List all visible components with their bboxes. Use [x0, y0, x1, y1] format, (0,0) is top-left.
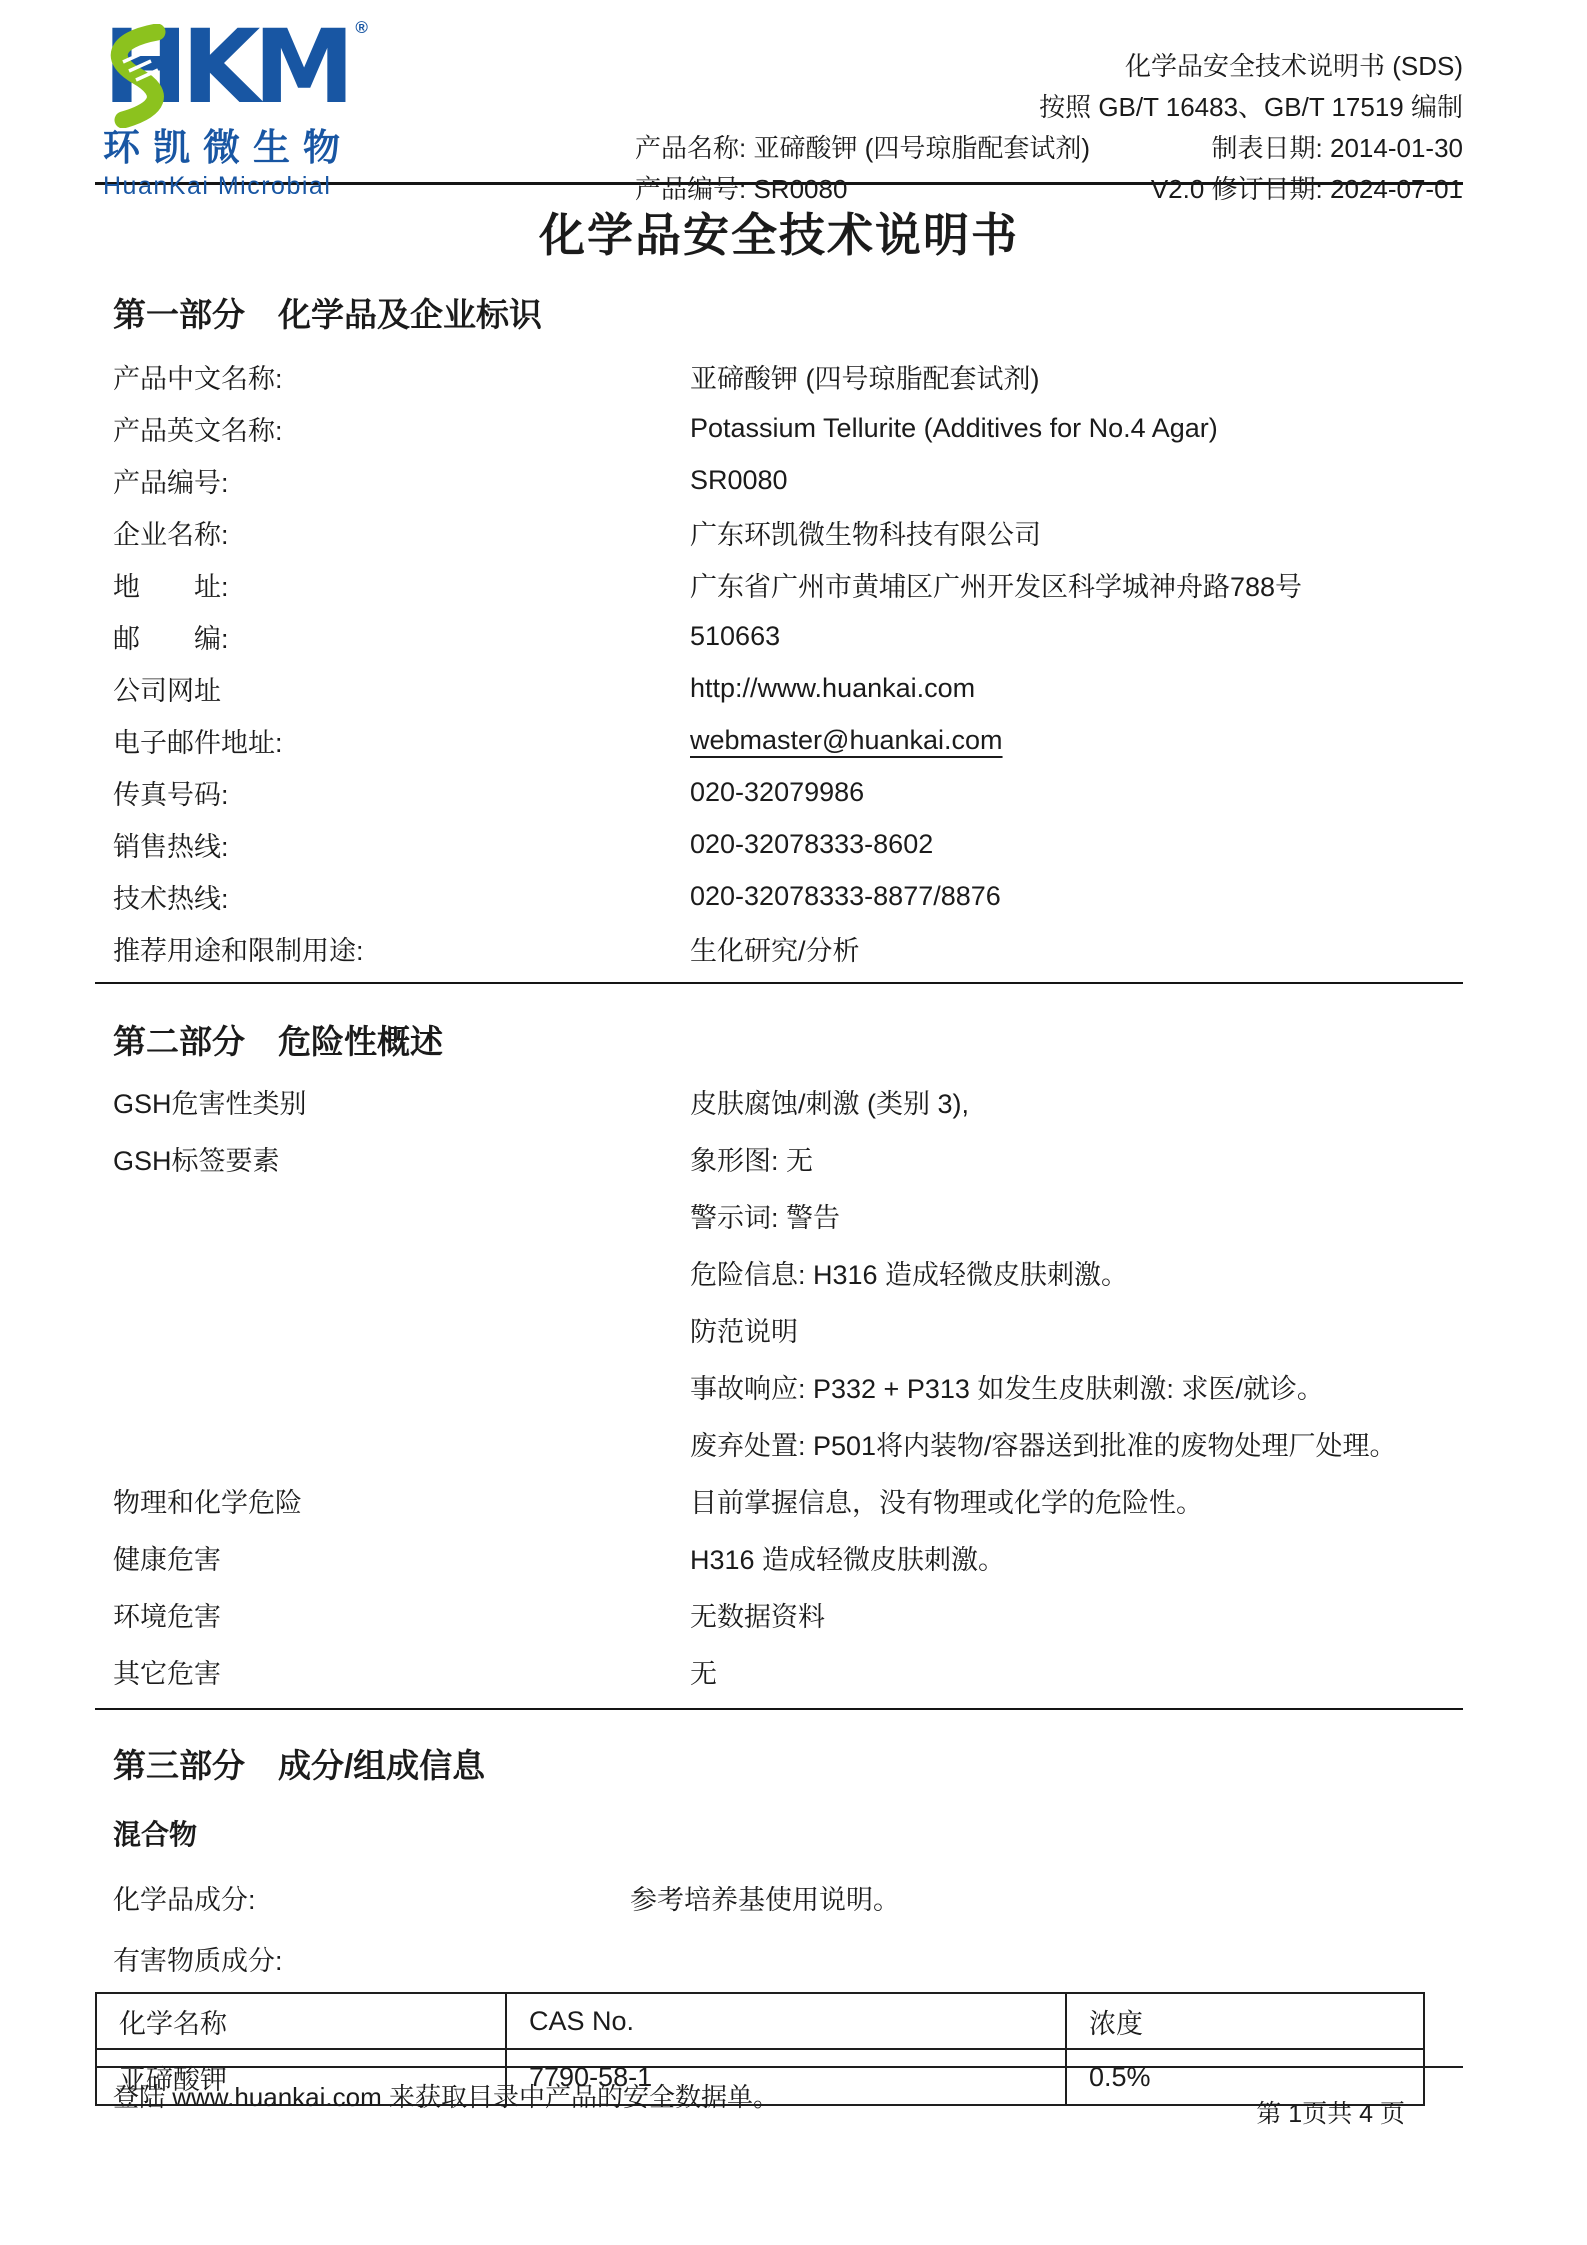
field-row: 传真号码:020-32079986: [95, 766, 1463, 818]
field-value: 参考培养基使用说明。: [630, 1878, 1463, 1917]
section3-heading: 第三部分 成分/组成信息: [95, 1740, 1463, 1787]
field-label: 产品英文名称:: [113, 409, 690, 448]
field-label: 公司网址: [113, 669, 690, 708]
field-value: 事故响应: P332 + P313 如发生皮肤刺激: 求医/就诊。: [690, 1367, 1463, 1406]
field-value: 510663: [690, 621, 1463, 652]
field-label: 健康危害: [113, 1538, 690, 1577]
field-row: 公司网址http://www.huankai.com: [95, 662, 1463, 714]
field-value: 无: [690, 1652, 1463, 1691]
field-row: GSH危害性类别皮肤腐蚀/刺激 (类别 3),: [95, 1073, 1463, 1130]
section1-rows: 产品中文名称:亚碲酸钾 (四号琼脂配套试剂) 产品英文名称:Potassium …: [95, 350, 1463, 974]
field-label: 销售热线:: [113, 825, 690, 864]
dna-helix-icon: [93, 24, 185, 128]
page-footer: 登陆 www.huankai.com 来获取目录中产品的安全数据单。 第 1页共…: [95, 2066, 1463, 2130]
doc-type-line: 化学品安全技术说明书 (SDS): [635, 46, 1463, 87]
field-value: 象形图: 无: [690, 1139, 1463, 1178]
field-row: 产品中文名称:亚碲酸钾 (四号琼脂配套试剂): [95, 350, 1463, 402]
field-row: 产品英文名称:Potassium Tellurite (Additives fo…: [95, 402, 1463, 454]
field-row: 警示词: 警告: [95, 1187, 1463, 1244]
column-header: 浓度: [1066, 1993, 1424, 2049]
field-value: 防范说明: [690, 1310, 1463, 1349]
header-revision-date: V2.0 修订日期: 2024-07-01: [1151, 169, 1463, 210]
footer-row: 登陆 www.huankai.com 来获取目录中产品的安全数据单。 第 1页共…: [95, 2077, 1463, 2130]
mixture-label: 混合物: [95, 1813, 1463, 1853]
field-row: 防范说明: [95, 1301, 1463, 1358]
footer-divider: [95, 2066, 1463, 2068]
field-label: 其它危害: [113, 1652, 690, 1691]
logo-mark: HKM ®: [103, 22, 348, 114]
section2-heading: 第二部分 危险性概述: [95, 1016, 1463, 1063]
header-create-date: 制表日期: 2014-01-30: [1212, 128, 1463, 169]
field-row: 物理和化学危险目前掌握信息，没有物理或化学的危险性。: [95, 1472, 1463, 1529]
field-value: 广东环凯微生物科技有限公司: [690, 513, 1463, 552]
field-row: 环境危害无数据资料: [95, 1586, 1463, 1643]
field-row: 电子邮件地址:webmaster@huankai.com: [95, 714, 1463, 766]
field-row: 事故响应: P332 + P313 如发生皮肤刺激: 求医/就诊。: [95, 1358, 1463, 1415]
field-row: 其它危害无: [95, 1643, 1463, 1700]
field-row: 企业名称:广东环凯微生物科技有限公司: [95, 506, 1463, 558]
field-row: 技术热线:020-32078333-8877/8876: [95, 870, 1463, 922]
header-meta: 化学品安全技术说明书 (SDS) 按照 GB/T 16483、GB/T 1751…: [635, 22, 1463, 210]
company-logo: HKM ® 环凯微生物 HuanKai Microbial: [95, 22, 495, 201]
field-value: 无数据资料: [690, 1595, 1463, 1634]
field-value: 020-32078333-8602: [690, 829, 1463, 860]
registered-trademark-icon: ®: [355, 20, 368, 35]
field-row: 废弃处置: P501将内装物/容器送到批准的废物处理厂处理。: [95, 1415, 1463, 1472]
field-label: 推荐用途和限制用途:: [113, 929, 690, 968]
field-value: 废弃处置: P501将内装物/容器送到批准的废物处理厂处理。: [690, 1424, 1463, 1463]
field-label: 邮 编:: [113, 617, 690, 656]
section2-divider: [95, 1708, 1463, 1710]
field-value: 020-32078333-8877/8876: [690, 881, 1463, 912]
email-link[interactable]: webmaster@huankai.com: [690, 725, 1463, 756]
field-value: H316 造成轻微皮肤刺激。: [690, 1538, 1463, 1577]
field-value: 020-32079986: [690, 777, 1463, 808]
field-label: 技术热线:: [113, 877, 690, 916]
field-row: GSH标签要素象形图: 无: [95, 1130, 1463, 1187]
field-label: 化学品成分:: [113, 1878, 630, 1917]
field-row: 地 址:广东省广州市黄埔区广州开发区科学城神舟路788号: [95, 558, 1463, 610]
footer-note: 登陆 www.huankai.com 来获取目录中产品的安全数据单。: [95, 2077, 779, 2114]
field-label: 环境危害: [113, 1595, 690, 1634]
field-value: 生化研究/分析: [690, 929, 1463, 968]
field-row: 健康危害H316 造成轻微皮肤刺激。: [95, 1529, 1463, 1586]
column-header: CAS No.: [506, 1993, 1066, 2049]
sds-page: { "logo": { "brand": "HKM", "registered_…: [0, 0, 1587, 2245]
field-value: 危险信息: H316 造成轻微皮肤刺激。: [690, 1253, 1463, 1292]
page-content: HKM ® 环凯微生物 HuanKai Microbial 化学品安全技术说明书…: [95, 0, 1463, 2106]
header-product-name: 产品名称: 亚碲酸钾 (四号琼脂配套试剂): [635, 128, 1090, 169]
document-header: HKM ® 环凯微生物 HuanKai Microbial 化学品安全技术说明书…: [95, 0, 1463, 182]
table-header-row: 化学名称 CAS No. 浓度: [96, 1993, 1424, 2049]
field-row: 邮 编:510663: [95, 610, 1463, 662]
field-label: GSH危害性类别: [113, 1082, 690, 1121]
logo-name-en: HuanKai Microbial: [103, 172, 495, 201]
field-row: 销售热线:020-32078333-8602: [95, 818, 1463, 870]
field-label: 地 址:: [113, 565, 690, 604]
field-label: 产品中文名称:: [113, 357, 690, 396]
page-number: 第 1页共 4 页: [1256, 2094, 1405, 2130]
website-url: http://www.huankai.com: [690, 673, 1463, 704]
field-label: 物理和化学危险: [113, 1481, 690, 1520]
field-row: 危险信息: H316 造成轻微皮肤刺激。: [95, 1244, 1463, 1301]
header-product-name-row: 产品名称: 亚碲酸钾 (四号琼脂配套试剂) 制表日期: 2014-01-30: [635, 128, 1463, 169]
field-value: 广东省广州市黄埔区广州开发区科学城神舟路788号: [690, 565, 1463, 604]
field-value: 亚碲酸钾 (四号琼脂配套试剂): [690, 357, 1463, 396]
section2-rows: GSH危害性类别皮肤腐蚀/刺激 (类别 3), GSH标签要素象形图: 无 警示…: [95, 1073, 1463, 1700]
hazard-components-label: 有害物质成分:: [95, 1939, 1463, 1978]
field-label: 电子邮件地址:: [113, 721, 690, 760]
field-row: 产品编号:SR0080: [95, 454, 1463, 506]
field-value: Potassium Tellurite (Additives for No.4 …: [690, 413, 1463, 444]
field-value: SR0080: [690, 465, 1463, 496]
standard-line: 按照 GB/T 16483、GB/T 17519 编制: [635, 87, 1463, 128]
section1-divider: [95, 982, 1463, 984]
field-row: 化学品成分: 参考培养基使用说明。: [95, 1871, 1463, 1923]
field-value: 皮肤腐蚀/刺激 (类别 3),: [690, 1082, 1463, 1121]
field-label: 传真号码:: [113, 773, 690, 812]
field-label: 企业名称:: [113, 513, 690, 552]
field-label: 产品编号:: [113, 461, 690, 500]
field-value: 警示词: 警告: [690, 1196, 1463, 1235]
field-value: 目前掌握信息，没有物理或化学的危险性。: [690, 1481, 1463, 1520]
section1-heading: 第一部分 化学品及企业标识: [95, 289, 1463, 336]
column-header: 化学名称: [96, 1993, 506, 2049]
field-label: GSH标签要素: [113, 1139, 690, 1178]
field-row: 推荐用途和限制用途:生化研究/分析: [95, 922, 1463, 974]
